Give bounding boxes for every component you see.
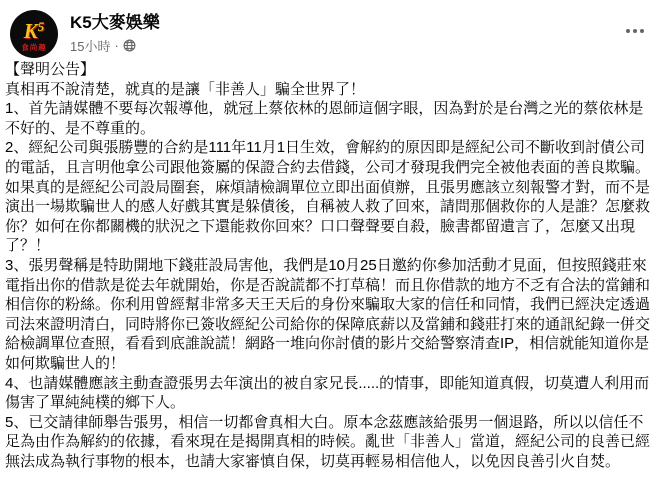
ellipsis-dot — [640, 29, 644, 33]
timestamp[interactable]: 15小時 — [70, 36, 110, 55]
post-header: K5 食尚趣 K5大麥娛樂 15小時 · — [0, 0, 665, 60]
globe-public-icon — [123, 39, 136, 52]
post-options-button[interactable] — [621, 24, 649, 38]
post-paragraph: 5、已交請律師舉告張男，相信一切都會真相大白。原本念茲應該給張男一個退路，所以以… — [5, 413, 658, 472]
avatar-logo-k: K — [24, 19, 38, 43]
page-avatar[interactable]: K5 食尚趣 — [10, 10, 58, 58]
page-name[interactable]: K5大麥娛樂 — [70, 12, 160, 33]
post-paragraph: 【聲明公告】 — [5, 60, 658, 80]
avatar-k5-logo: K5 — [24, 17, 45, 43]
post-paragraph: 2、經紀公司與張勝豐的合約是111年11月1日生效，會解約的原因即是經紀公司不斷… — [5, 138, 658, 256]
post-paragraph: 真相再不說清楚，就真的是讓「非善人」騙全世界了！ — [5, 80, 658, 100]
meta-separator: · — [114, 38, 118, 53]
post-paragraph: 3、張男聲稱是特助開地下錢莊設局害他，我們是10月25日邀約你參加活動才見面，但… — [5, 256, 658, 374]
ellipsis-dot — [633, 29, 637, 33]
post-paragraph: 4、也請媒體應該主動查證張男去年演出的被自家兄長.....的情事，即能知道真假，… — [5, 374, 658, 413]
post-text: 【聲明公告】真相再不說清楚，就真的是讓「非善人」騙全世界了！1、首先請媒體不要每… — [5, 60, 658, 482]
avatar-logo-subtext: 食尚趣 — [21, 43, 47, 52]
avatar-logo-5: 5 — [38, 19, 45, 34]
post-paragraph: 1、首先請媒體不要每次報導他，就冠上蔡依林的恩師這個字眼，因為對於是台灣之光的蔡… — [5, 99, 658, 138]
post-meta[interactable]: 15小時 · — [70, 36, 136, 55]
ellipsis-dot — [626, 29, 630, 33]
